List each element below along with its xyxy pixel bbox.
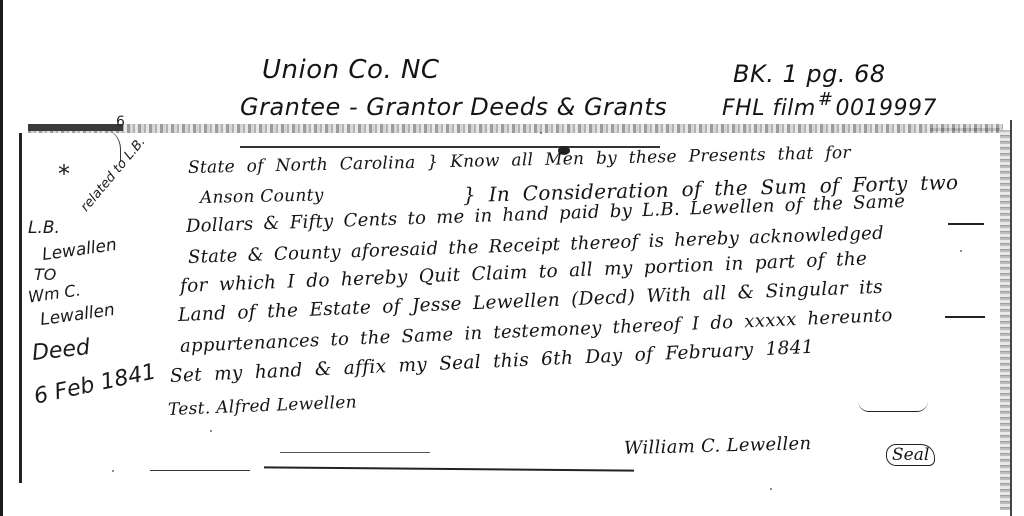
grantor-surname: Lewallen xyxy=(41,235,118,265)
scan-speck xyxy=(112,470,114,472)
top-tick-mark: 6 xyxy=(116,114,125,130)
film-number: 0019997 xyxy=(835,96,936,121)
index-title: Grantee - Grantor Deeds & Grants xyxy=(240,93,667,121)
bottom-rule xyxy=(264,466,634,471)
county-label: Union Co. NC xyxy=(262,55,440,85)
film-prefix: FHL film xyxy=(722,96,816,121)
date-flourish xyxy=(858,401,928,412)
deed-line-1: State of North Carolina } Know all Men b… xyxy=(188,143,851,178)
scan-speck xyxy=(210,430,212,432)
witness-line: Test. Alfred Lewellen xyxy=(168,392,358,420)
scan-speck xyxy=(770,488,772,490)
seal-mark: Seal xyxy=(886,444,935,466)
signature: William C. Lewellen xyxy=(624,433,812,459)
film-ref: FHL film#0019997 xyxy=(722,96,937,121)
frame-left-edge xyxy=(19,133,22,483)
line-end-dash xyxy=(945,316,985,318)
grantor-initials: L.B. xyxy=(28,218,60,238)
scan-speck xyxy=(540,132,542,134)
witness-underline xyxy=(280,452,430,453)
line-end-dash xyxy=(948,223,984,225)
scan-speck xyxy=(960,250,962,252)
top-rule xyxy=(240,146,660,148)
deed-line-county: Anson County xyxy=(200,185,324,208)
scanned-deed-page: Union Co. NC Grantee - Grantor Deeds & G… xyxy=(0,0,1024,516)
grantee-initials: Wm C. xyxy=(27,280,82,306)
book-page-ref: BK. 1 pg. 68 xyxy=(733,60,886,88)
film-hash: # xyxy=(818,89,834,110)
doc-date: 6 Feb 1841 xyxy=(32,359,159,409)
to-label: TO xyxy=(34,265,56,284)
frame-right-line xyxy=(1010,120,1012,516)
frame-right-edge xyxy=(1000,130,1010,510)
star-mark-icon: * xyxy=(58,160,70,188)
scan-edge xyxy=(0,0,3,516)
doc-type: Deed xyxy=(31,335,91,366)
bottom-left-rule xyxy=(150,470,250,471)
grantee-surname: Lewallen xyxy=(39,300,116,330)
copy-top-edge xyxy=(28,124,1003,133)
